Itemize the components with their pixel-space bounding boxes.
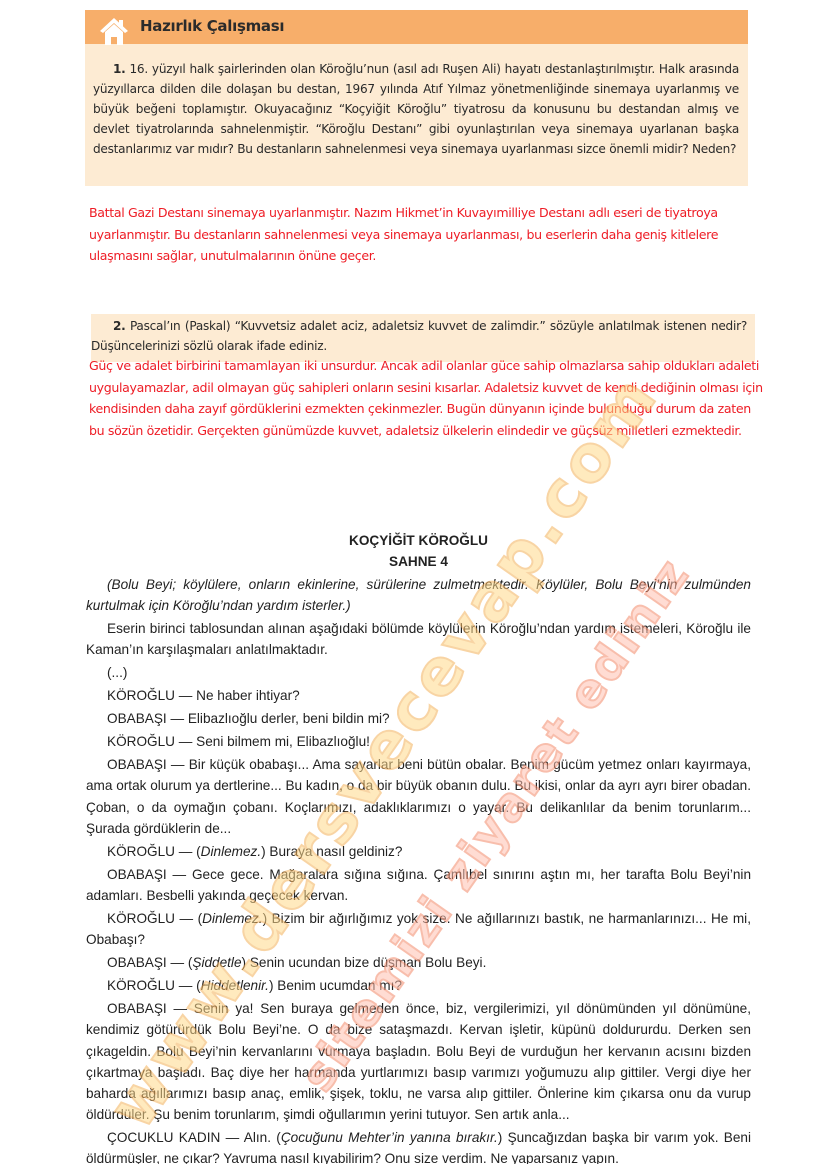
- line-text: Senin ucundan bize düşman Bolu Beyi.: [250, 955, 487, 970]
- line-text: Benim ucumdan mı?: [277, 978, 402, 993]
- speaker: KÖROĞLU: [107, 734, 175, 749]
- question-1: 1. 16. yüzyıl halk şairlerinden olan Kör…: [93, 59, 739, 159]
- stage-direction: Hiddetlenir.: [201, 978, 269, 993]
- question-2: 2. Pascal’ın (Paskal) “Kuvvetsiz adalet …: [91, 316, 747, 356]
- dialogue-line: KÖROĞLU — (Dinlemez.) Buraya nasıl geldi…: [86, 841, 751, 862]
- ellipsis: (...): [86, 662, 751, 683]
- stage-direction: Dinlemez.: [202, 911, 262, 926]
- speaker: OBABAŞI: [107, 1001, 167, 1016]
- speaker: ÇOCUKLU KADIN: [107, 1130, 220, 1145]
- dialogue-line: KÖROĞLU — Seni bilmem mi, Elibazlıoğlu!: [86, 731, 751, 752]
- stage-direction-intro: (Bolu Beyi; köylülere, onların ekinlerin…: [86, 574, 751, 616]
- speaker: OBABAŞI: [107, 711, 167, 726]
- section-header: Hazırlık Çalışması: [85, 10, 748, 44]
- speaker: OBABAŞI: [107, 757, 167, 772]
- dialogue-line: OBABAŞI — Senin ya! Sen buraya gelmeden …: [86, 998, 751, 1125]
- dialogue-line: KÖROĞLU — (Hiddetlenir.) Benim ucumdan m…: [86, 975, 751, 996]
- play-excerpt: KOÇYİĞİT KÖROĞLU SAHNE 4 (Bolu Beyi; köy…: [86, 530, 751, 1164]
- question-number: 1.: [113, 62, 126, 76]
- answer-2: Güç ve adalet birbirini tamamlayan iki u…: [89, 355, 769, 441]
- section-title: Hazırlık Çalışması: [140, 17, 284, 35]
- line-text: Buraya nasıl geldiniz?: [269, 844, 402, 859]
- line-text: Bir küçük obabaşı... Ama sayarlar beni b…: [86, 757, 751, 836]
- line-text: Alın.: [244, 1130, 271, 1145]
- line-text: Seni bilmem mi, Elibazlıoğlu!: [196, 734, 370, 749]
- home-icon: [99, 16, 129, 46]
- dialogue-line: OBABAŞI — Elibazlıoğlu derler, beni bild…: [86, 708, 751, 729]
- speaker: KÖROĞLU: [107, 978, 175, 993]
- play-intro: Eserin birinci tablosundan alınan aşağıd…: [86, 618, 751, 660]
- line-text: Gece gece. Mağaralara sığına sığına. Çam…: [86, 867, 751, 903]
- play-title: KOÇYİĞİT KÖROĞLU: [86, 530, 751, 551]
- line-text: Senin ya! Sen buraya gelmeden önce, biz,…: [86, 1001, 751, 1122]
- line-text: Elibazlıoğlu derler, beni bildin mi?: [188, 711, 390, 726]
- speaker: OBABAŞI: [107, 867, 167, 882]
- question-text: 16. yüzyıl halk şairlerinden olan Köroğl…: [93, 62, 739, 156]
- speaker: KÖROĞLU: [107, 688, 175, 703]
- answer-1: Battal Gazi Destanı sinemaya uyarlanmışt…: [89, 202, 769, 267]
- dialogue-line: OBABAŞI — Gece gece. Mağaralara sığına s…: [86, 864, 751, 906]
- scene-title: SAHNE 4: [86, 551, 751, 572]
- dialogue-line: OBABAŞI — Bir küçük obabaşı... Ama sayar…: [86, 754, 751, 839]
- dialogue-line: ÇOCUKLU KADIN — Alın. (Çocuğunu Mehter’i…: [86, 1127, 751, 1164]
- dialogue-line: KÖROĞLU — (Dinlemez.) Bizim bir ağırlığı…: [86, 908, 751, 950]
- dialogue-line: OBABAŞI — (Şiddetle) Senin ucundan bize …: [86, 952, 751, 973]
- line-text: Ne haber ihtiyar?: [196, 688, 300, 703]
- stage-direction: Çocuğunu Mehter’in yanına bırakır.: [281, 1130, 498, 1145]
- preparation-box: Hazırlık Çalışması 1. 16. yüzyıl halk şa…: [85, 10, 748, 186]
- stage-direction: Şiddetle: [192, 955, 241, 970]
- question-number: 2.: [113, 319, 126, 333]
- speaker: KÖROĞLU: [107, 911, 175, 926]
- speaker: KÖROĞLU: [107, 844, 175, 859]
- line-text: Bizim bir ağırlığımız yok size. Ne ağıll…: [86, 911, 751, 947]
- question-text: Pascal’ın (Paskal) “Kuvvetsiz adalet aci…: [91, 319, 747, 353]
- speaker: OBABAŞI: [107, 955, 167, 970]
- dialogue: KÖROĞLU — Ne haber ihtiyar?OBABAŞI — Eli…: [86, 685, 751, 1164]
- dialogue-line: KÖROĞLU — Ne haber ihtiyar?: [86, 685, 751, 706]
- stage-direction: Dinlemez.: [201, 844, 261, 859]
